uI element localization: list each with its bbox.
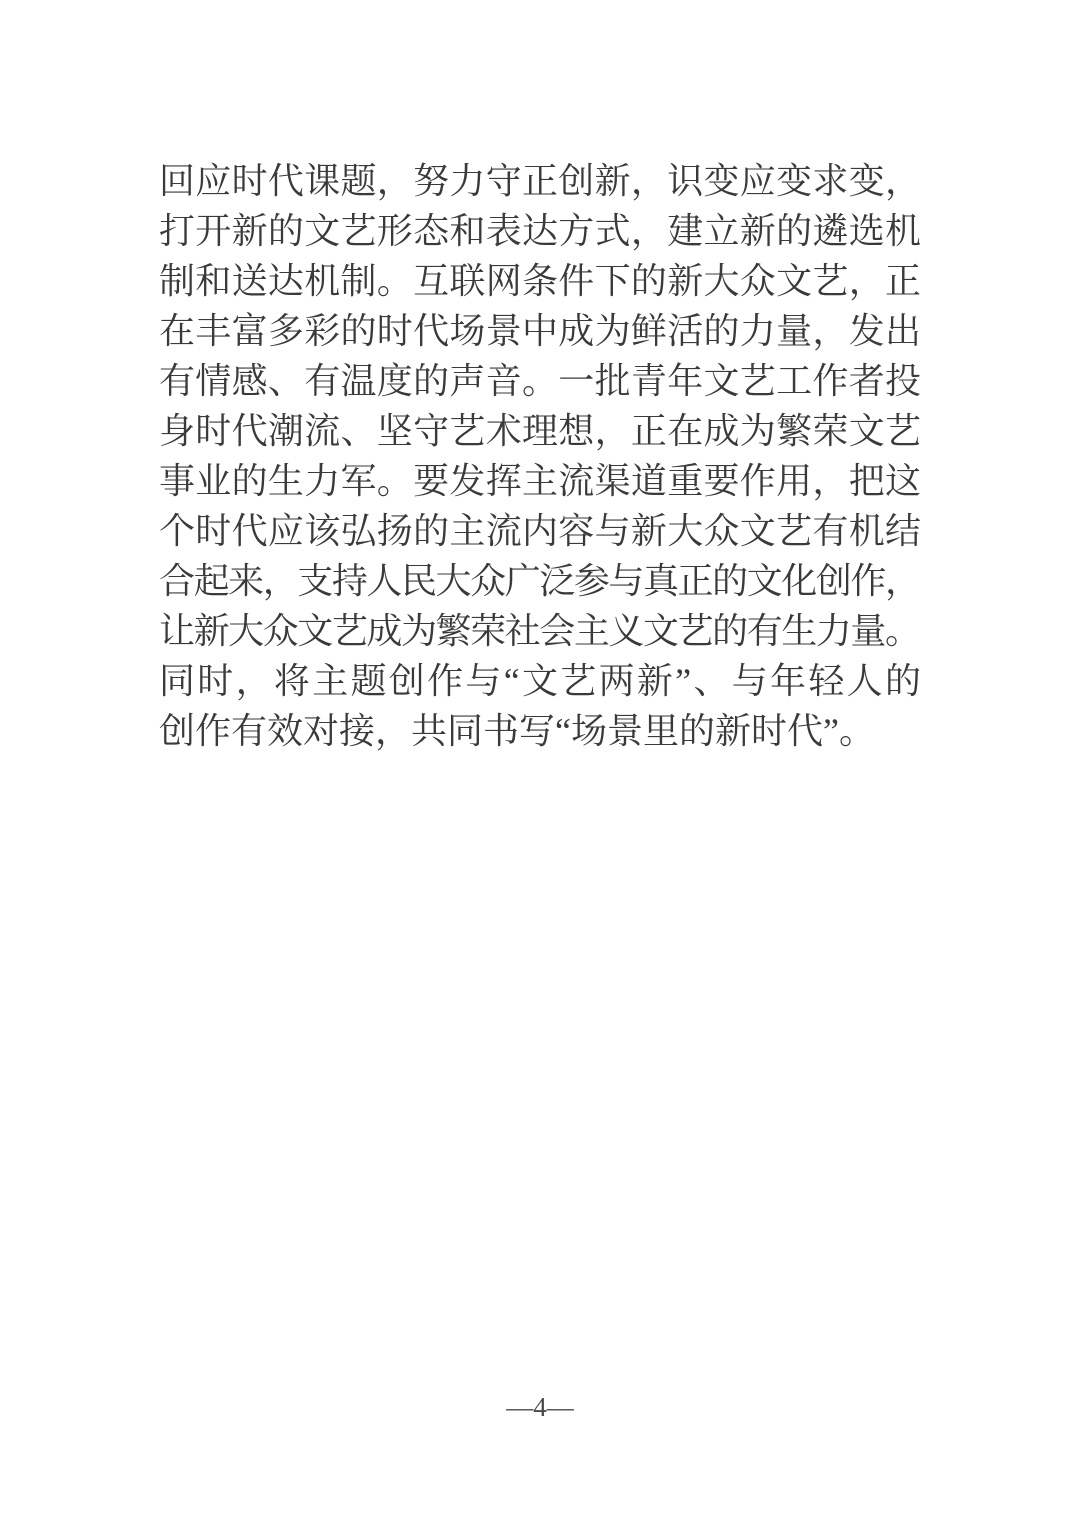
text-line: 创作有效对接，共同书写“场景里的新时代”。 (159, 706, 921, 756)
text-line: 打开新的文艺形态和表达方式，建立新的遴选机 (159, 206, 921, 256)
text-line: 在丰富多彩的时代场景中成为鲜活的力量，发出 (159, 306, 921, 356)
text-line: 让新大众文艺成为繁荣社会主义文艺的有生力量。 (159, 606, 921, 656)
document-page: 回应时代课题，努力守正创新，识变应变求变，打开新的文艺形态和表达方式，建立新的遴… (0, 0, 1080, 1525)
body-paragraph: 回应时代课题，努力守正创新，识变应变求变，打开新的文艺形态和表达方式，建立新的遴… (159, 156, 921, 756)
page-number: —4— (0, 1390, 1080, 1424)
text-line: 事业的生力军。要发挥主流渠道重要作用，把这 (159, 456, 921, 506)
text-line: 同时，将主题创作与“文艺两新”、与年轻人的 (159, 656, 921, 706)
text-line: 制和送达机制。互联网条件下的新大众文艺，正 (159, 256, 921, 306)
text-line: 个时代应该弘扬的主流内容与新大众文艺有机结 (159, 506, 921, 556)
text-line: 身时代潮流、坚守艺术理想，正在成为繁荣文艺 (159, 406, 921, 456)
text-line: 回应时代课题，努力守正创新，识变应变求变， (159, 156, 921, 206)
text-line: 有情感、有温度的声音。一批青年文艺工作者投 (159, 356, 921, 406)
text-line: 合起来，支持人民大众广泛参与真正的文化创作， (159, 556, 921, 606)
